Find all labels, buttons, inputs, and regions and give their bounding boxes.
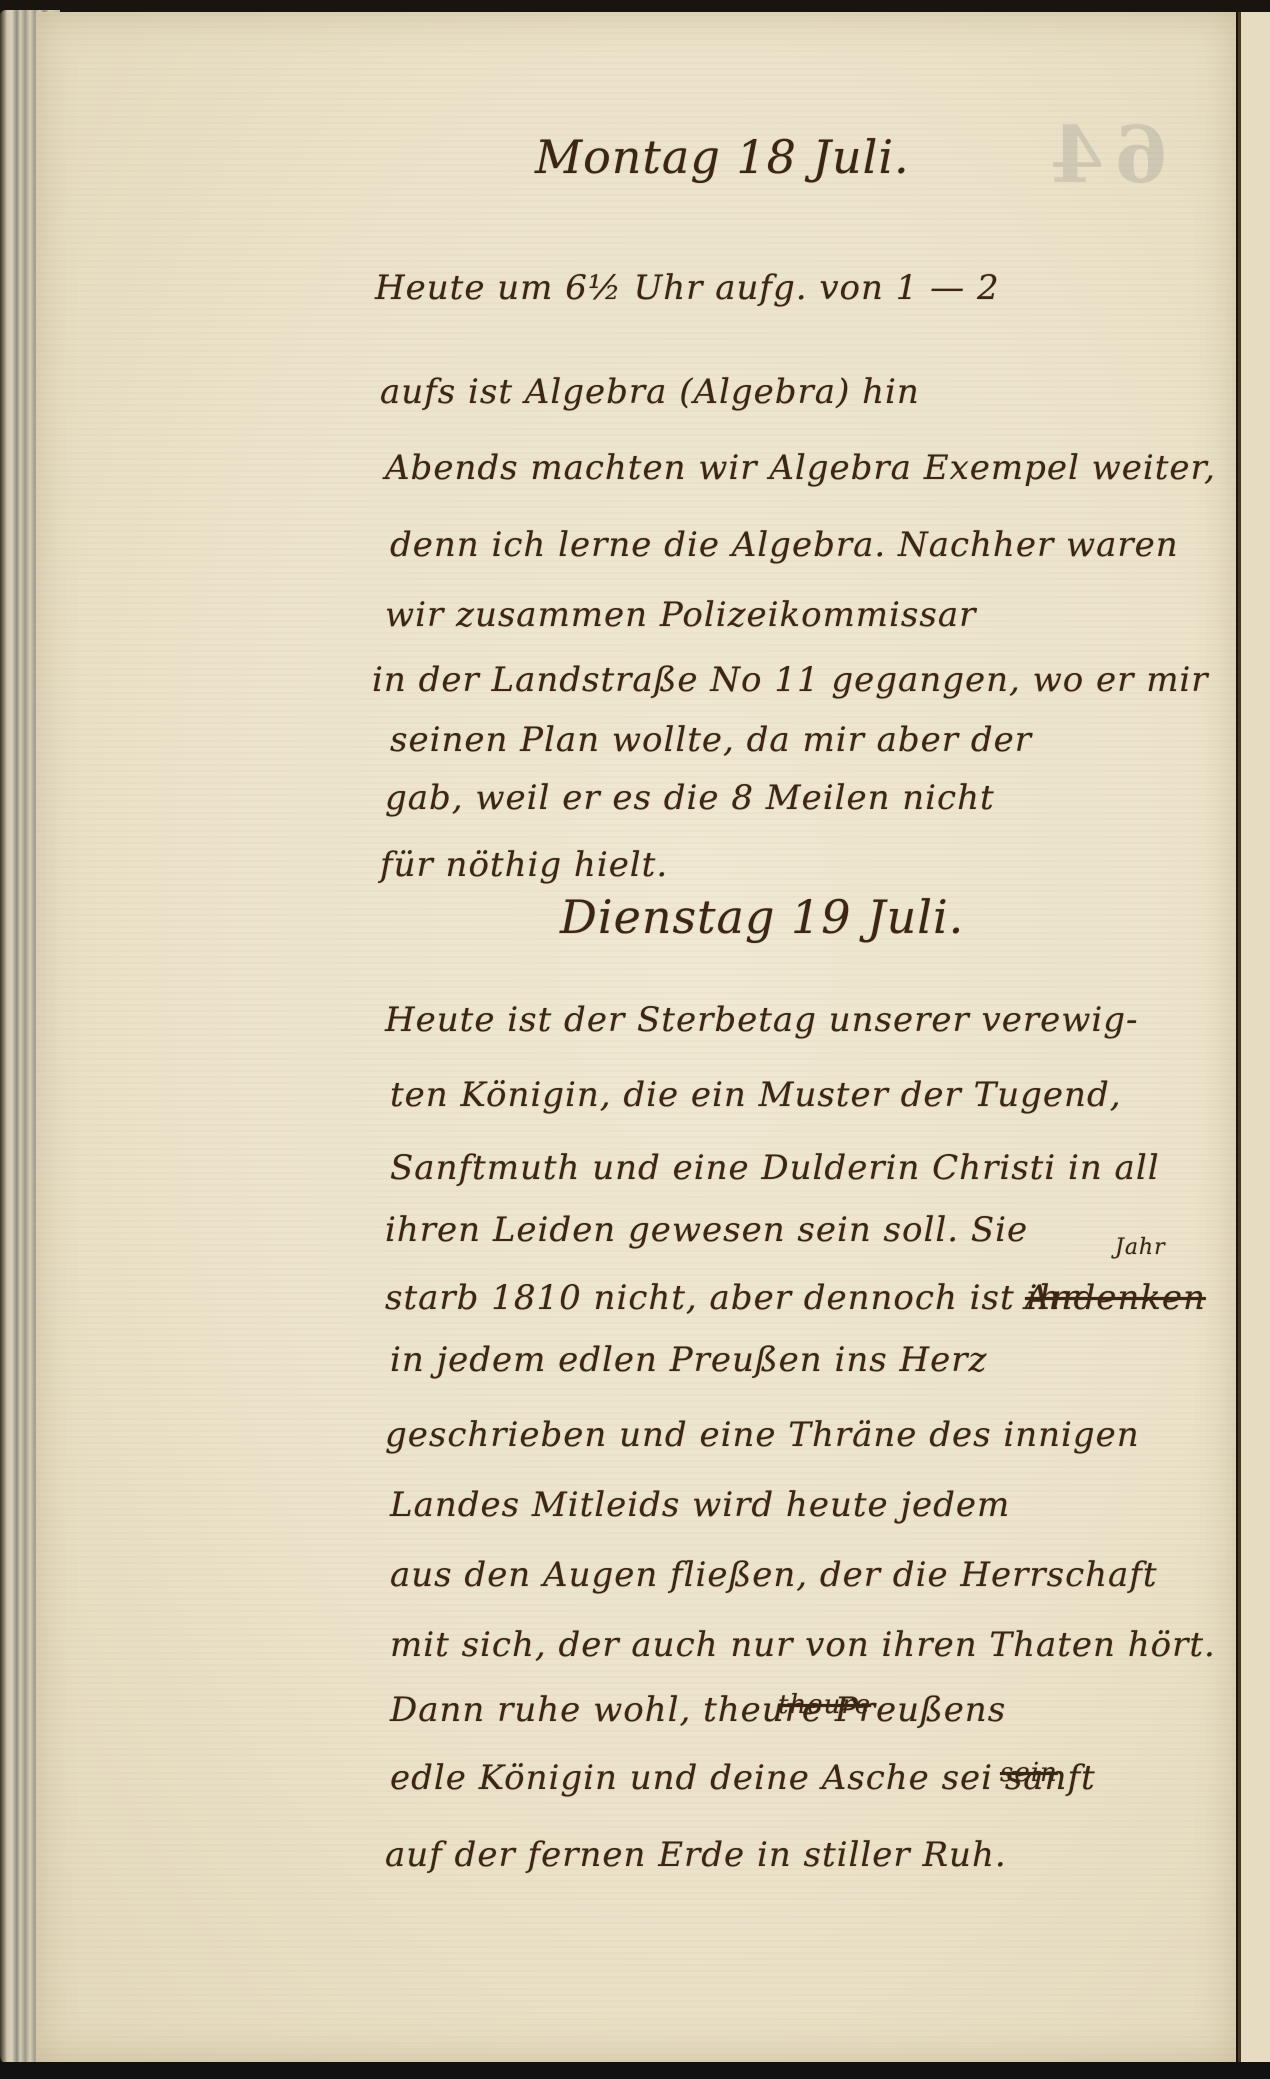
text-line: edle Königin und deine Asche sei sanft xyxy=(390,1758,1096,1798)
text-line: mit sich, der auch nur von ihren Thaten … xyxy=(390,1625,1216,1665)
text-line: für nöthig hielt. xyxy=(380,845,668,885)
text-line: starb 1810 nicht, aber dennoch ist ihr xyxy=(385,1278,1078,1318)
bleed-through-page-number: 64 xyxy=(1040,110,1169,201)
struck-word: sein xyxy=(1000,1758,1058,1788)
text-line: auf der fernen Erde in stiller Ruh. xyxy=(385,1835,1007,1875)
inserted-word: Jahr xyxy=(1115,1235,1166,1260)
text-line: seinen Plan wollte, da mir aber der xyxy=(390,720,1032,760)
text-line: wir zusammen Polizeikommissar xyxy=(385,595,976,635)
text-line: aufs ist Algebra (Algebra) hin xyxy=(380,372,920,412)
text-line: denn ich lerne die Algebra. Nachher ware… xyxy=(390,525,1179,565)
manuscript-scan: 64 Montag 18 Juli. Heute um 6½ Uhr aufg.… xyxy=(0,0,1270,2079)
text-line: ihren Leiden gewesen sein soll. Sie xyxy=(385,1210,1028,1250)
text-line: geschrieben und eine Thräne des innigen xyxy=(385,1415,1140,1455)
text-line: gab, weil er es die 8 Meilen nicht xyxy=(385,778,995,818)
text-line: in jedem edlen Preußen ins Herz xyxy=(390,1340,987,1380)
struck-word: Andenken xyxy=(1025,1278,1206,1318)
text-line: Abends machten wir Algebra Exempel weite… xyxy=(385,448,1216,488)
text-line: Sanftmuth und eine Dulderin Christi in a… xyxy=(390,1148,1160,1188)
text-line: Heute ist der Sterbetag unserer verewig- xyxy=(385,1000,1138,1040)
entry-heading: Dienstag 19 Juli. xyxy=(560,890,964,944)
scan-border xyxy=(0,2062,1270,2079)
text-line: Landes Mitleids wird heute jedem xyxy=(390,1485,1010,1525)
text-line: ten Königin, die ein Muster der Tugend, xyxy=(390,1075,1122,1115)
text-line: Dann ruhe wohl, theure Preußens xyxy=(390,1690,1006,1730)
text-line: in der Landstraße No 11 gegangen, wo er … xyxy=(372,660,1209,700)
adjacent-page-edge xyxy=(1241,12,1270,2062)
text-line: aus den Augen fließen, der die Herrschaf… xyxy=(390,1555,1158,1595)
entry-heading: Montag 18 Juli. xyxy=(535,130,910,184)
struck-word: theure xyxy=(778,1690,871,1720)
text-line: Heute um 6½ Uhr aufg. von 1 — 2 xyxy=(375,268,1000,308)
